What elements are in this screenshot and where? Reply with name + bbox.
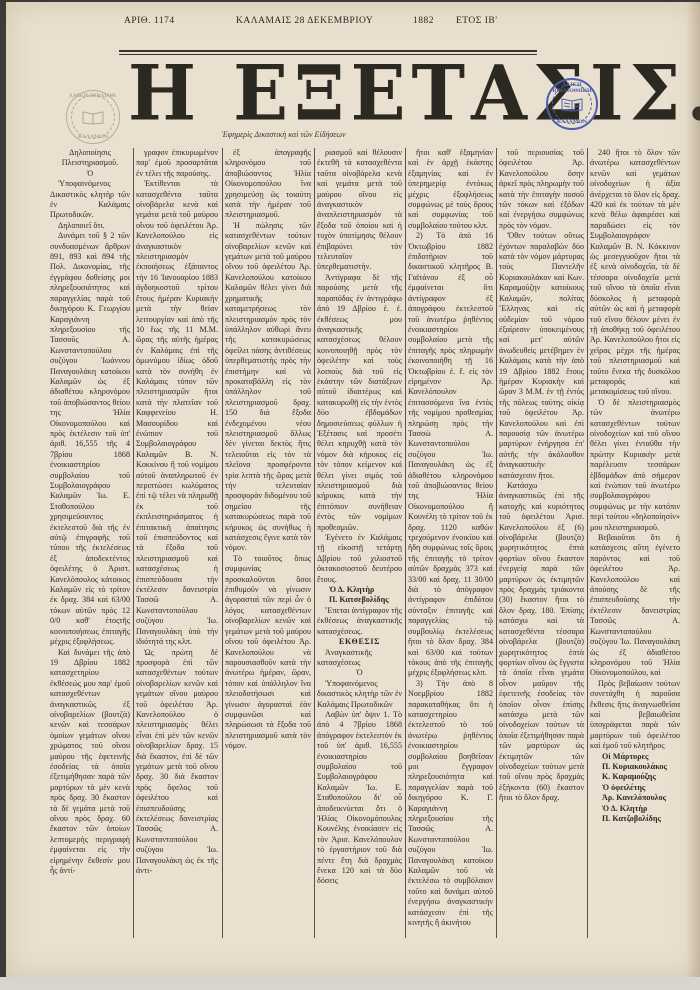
article-paragraph: Λαβὼν ὑπ' ὄψιν 1. Τὸ ἀπὸ 4 7βρίου 1868 ἀ… bbox=[317, 710, 402, 887]
article-paragraph: ἐξ ἀπογραφῆς κληρονόμου τοῦ ἀποβιώσαντος… bbox=[225, 148, 311, 221]
column-divider bbox=[222, 148, 223, 938]
article-paragraph: ἤτοι καθ' ἑξαμηνίαν καὶ ἐν ἀρχῇ ἑκάστης … bbox=[408, 148, 493, 231]
column-7: 240 ἤτοι τὸ ὅλον τῶν ἀνωτέρω κατασχεθέντ… bbox=[590, 148, 680, 968]
column-5: ἤτοι καθ' ἑξαμηνίαν καὶ ἐν ἀρχῇ ἑκάστης … bbox=[408, 148, 493, 968]
volume: ΕΤΟΣ ΙΒ' bbox=[456, 16, 497, 26]
column-divider bbox=[314, 148, 315, 938]
scan-margin bbox=[0, 977, 700, 990]
article-paragraph: Πρὸς βεβαίωσιν τούτων συνετάχθη ἡ παροῦσ… bbox=[590, 679, 680, 752]
place-date: ΚΑΛΑΜΑΙΣ 28 ΔΕΚΕΜΒΡΙΟΥ bbox=[236, 16, 373, 26]
article-paragraph: γραφον ἐπικυρωμένον παρ' ἐμοῦ προσαρτᾶτα… bbox=[136, 148, 218, 179]
article-paragraph: ριασμοῦ καὶ θέλουσιν ἐκτεθῆ τὰ κατασχεθέ… bbox=[317, 148, 402, 273]
article-paragraph: Βεβαιοῦται ὅτι ἡ κατάσχεσις αὕτη ἐγένετο… bbox=[590, 533, 680, 679]
article-paragraph: Δηλοποιεῖ ὅτι. bbox=[50, 221, 130, 231]
article-paragraph: Δηλοποίησις Πλειστηριασμοῦ. bbox=[50, 148, 130, 169]
article-paragraph: 2) Τὸ ἀπὸ 16 Ὀκτωβρίου 1882 ἐπιδοτήριον … bbox=[408, 231, 493, 678]
article-paragraph: Ὑποφαινόμενος Δικαστικὸς κλητὴρ τῶν ἐν Κ… bbox=[50, 179, 130, 221]
article-paragraph: Ἐγένετο ἐν Καλάμαις τῇ εἰκοστῇ τετάρτῃ Δ… bbox=[317, 533, 402, 585]
column-divider bbox=[405, 148, 406, 938]
column-divider bbox=[587, 148, 588, 938]
article-paragraph: τοῦ περιουσίας τοῦ ὀφειλέτου Ἀρ. Κανελοπ… bbox=[499, 148, 584, 231]
signature-line: Π. Κυριακουλάκος bbox=[590, 762, 680, 772]
article-paragraph: Ὁ δὲ πλειστηριασμὸς τῶν ἀνωτέρω κατασχεθ… bbox=[590, 398, 680, 533]
newspaper-subtitle: Ἐφημερὶς Δικαστικὴ καὶ τῶν Εἰδήσεων bbox=[222, 130, 346, 139]
article-paragraph: Ὡς πρώτη δὲ προσφορὰ ἐπὶ τῶν κατασχεθέντ… bbox=[136, 648, 218, 877]
signature-line: Ἀρ. Κανελόπουλος bbox=[590, 793, 680, 803]
signature-line: Οἱ Μάρτυρες bbox=[590, 752, 680, 762]
article-paragraph: Τὸ τοιοῦτος ὅπως συμφωνίας προσκαλοῦνται… bbox=[225, 554, 311, 752]
article-paragraph: Δυνάμει τοῦ § 2 τῶν συνδυασμένων ἄρθρων … bbox=[50, 231, 130, 647]
signature-line: Ὁ Δ. Κλητὴρ bbox=[317, 585, 402, 595]
issue-number: ΑΡΙΘ. 1174 bbox=[124, 16, 175, 26]
article-paragraph: Καὶ δυνάμει τῆς ἀπὸ 19 Δβρίου 1882 κατασ… bbox=[50, 648, 130, 877]
column-3: ἐξ ἀπογραφῆς κληρονόμου τοῦ ἀποβιώσαντος… bbox=[225, 148, 311, 968]
library-stamp-faded-icon: ΛΑΙΚΗ ΒΙΒΛΙΟΘ. ΚΑΛΑΜΩΝ bbox=[66, 90, 120, 144]
article-columns: Δηλοποίησις Πλειστηριασμοῦ.ὉὙποφαινόμενο… bbox=[50, 148, 690, 968]
article-paragraph: 240 ἤτοι τὸ ὅλον τῶν ἀνωτέρω κατασχεθέντ… bbox=[590, 148, 680, 398]
column-divider bbox=[133, 148, 134, 938]
library-stamp-blue-icon: ΛΑΙΚΗ ΒΙΒΛΙΟΘΗΚΗ ΚΑΛΑΜΩΝ bbox=[546, 78, 598, 130]
signature-line: Ὁ Δ. Κλητὴρ bbox=[590, 804, 680, 814]
column-divider bbox=[496, 148, 497, 938]
section-heading: ΕΚΘΕΣΙΣ bbox=[317, 637, 402, 647]
article-paragraph: Ὑποφαινόμενος δικαστικὸς κλητὴρ τῶν ἐν Κ… bbox=[317, 679, 402, 710]
signature-line: Κ. Καραμούζης bbox=[590, 772, 680, 782]
signature-line: Π. Κατζοβολίδης bbox=[590, 814, 680, 824]
article-paragraph: Ὁ bbox=[317, 668, 402, 678]
article-paragraph: Ἕπεται ἀντίγραφον τῆς ἐκθέσεως ἀναγκαστι… bbox=[317, 606, 402, 637]
column-1: Δηλοποίησις Πλειστηριασμοῦ.ὉὙποφαινόμενο… bbox=[50, 148, 130, 968]
newspaper-page: ΑΡΙΘ. 1174 ΚΑΛΑΜΑΙΣ 28 ΔΕΚΕΜΒΡΙΟΥ 1882 Ε… bbox=[6, 2, 700, 977]
article-paragraph: Ὅθεν τούτων οὕτως ἐχόντων παραλαβὼν δύο … bbox=[499, 231, 584, 481]
newspaper-title: Η ΕΞΕΤΑΣΙΣ. bbox=[128, 56, 548, 130]
signature-line: Ὁ ὀφειλέτης bbox=[590, 783, 680, 793]
signature-line: Π. Κατσεβολίδης bbox=[317, 595, 402, 605]
article-paragraph: 3) Τὴν ἀπὸ 8 Νοεμβρίου 1882 παρακαταθήκα… bbox=[408, 679, 493, 929]
column-6: τοῦ περιουσίας τοῦ ὀφειλέτου Ἀρ. Κανελοπ… bbox=[499, 148, 584, 968]
article-paragraph: Ἡ πώλησις τῶν κατασχεθέντων τούτων οἰνοβ… bbox=[225, 221, 311, 554]
article-paragraph: Ἀντίγραφα δὲ τῆς παρούσης μετὰ τῆς παραπ… bbox=[317, 273, 402, 533]
article-paragraph: Κατάσχω ἀναγκαστικῶς ἐπὶ τῆς κατοχῆς καὶ… bbox=[499, 481, 584, 804]
article-paragraph: Ἀναγκαστικῆς κατασχέσεως bbox=[317, 648, 402, 669]
article-paragraph: Ἐκτίθενται τὰ κατασχεθέντα ταῦτα οἰνοβάρ… bbox=[136, 179, 218, 647]
year: 1882 bbox=[413, 16, 434, 26]
article-paragraph: Ὁ bbox=[50, 169, 130, 179]
column-4: ριασμοῦ καὶ θέλουσιν ἐκτεθῆ τὰ κατασχεθέ… bbox=[317, 148, 402, 968]
column-2: γραφον ἐπικυρωμένον παρ' ἐμοῦ προσαρτᾶτα… bbox=[136, 148, 218, 968]
